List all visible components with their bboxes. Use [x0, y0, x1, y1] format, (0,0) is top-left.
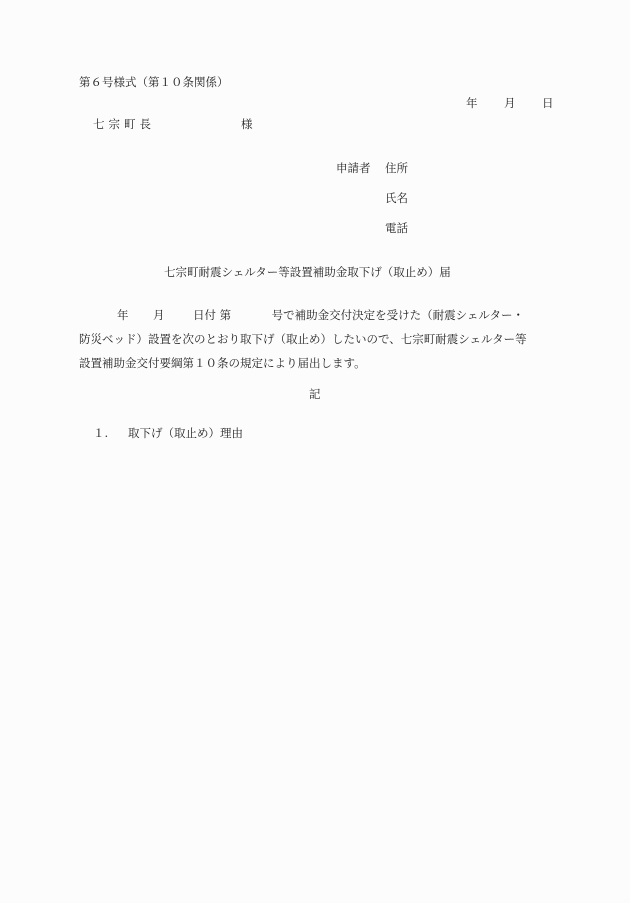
body-line-3: 設置補助金交付要綱第１０条の規定により届出します。	[79, 351, 555, 375]
date-month-label: 月	[504, 96, 542, 110]
body-line-1: 年月日付 第号で補助金交付決定を受けた（耐震シェルター・	[79, 303, 555, 327]
applicant-address-label: 住所	[385, 161, 408, 175]
item-number: １.	[93, 426, 128, 440]
body-year-label: 年	[79, 303, 153, 327]
body-day-label: 日付	[193, 308, 216, 322]
form-number: 第６号様式（第１０条関係）	[79, 75, 229, 89]
date-day-label: 日	[542, 96, 554, 110]
applicant-phone-label: 電話	[385, 221, 408, 235]
body-month-label: 月	[153, 303, 193, 327]
document-title: 七宗町耐震シェルター等設置補助金取下げ（取止め）届	[164, 265, 451, 279]
applicant-label: 申請者	[336, 161, 371, 175]
body-number-prefix: 第	[220, 303, 272, 327]
ki-heading: 記	[309, 387, 321, 401]
item-label: 取下げ（取止め）理由	[128, 426, 243, 440]
document-page: 第６号様式（第１０条関係） 年月日 七宗町長 様 申請者 住所 氏名 電話 七宗…	[0, 0, 630, 903]
date-line: 年月日	[466, 96, 554, 110]
addressee: 七宗町長	[93, 117, 155, 131]
body-paragraph: 年月日付 第号で補助金交付決定を受けた（耐震シェルター・ 防災ベッド）設置を次の…	[79, 303, 555, 375]
applicant-name-label: 氏名	[385, 191, 408, 205]
date-year-label: 年	[466, 96, 504, 110]
list-item: １.取下げ（取止め）理由	[93, 426, 243, 440]
body-line-1-rest: 号で補助金交付決定を受けた（耐震シェルター・	[272, 308, 524, 322]
body-line-2: 防災ベッド）設置を次のとおり取下げ（取止め）したいので、七宗町耐震シェルター等	[79, 327, 555, 351]
honorific: 様	[241, 117, 253, 131]
